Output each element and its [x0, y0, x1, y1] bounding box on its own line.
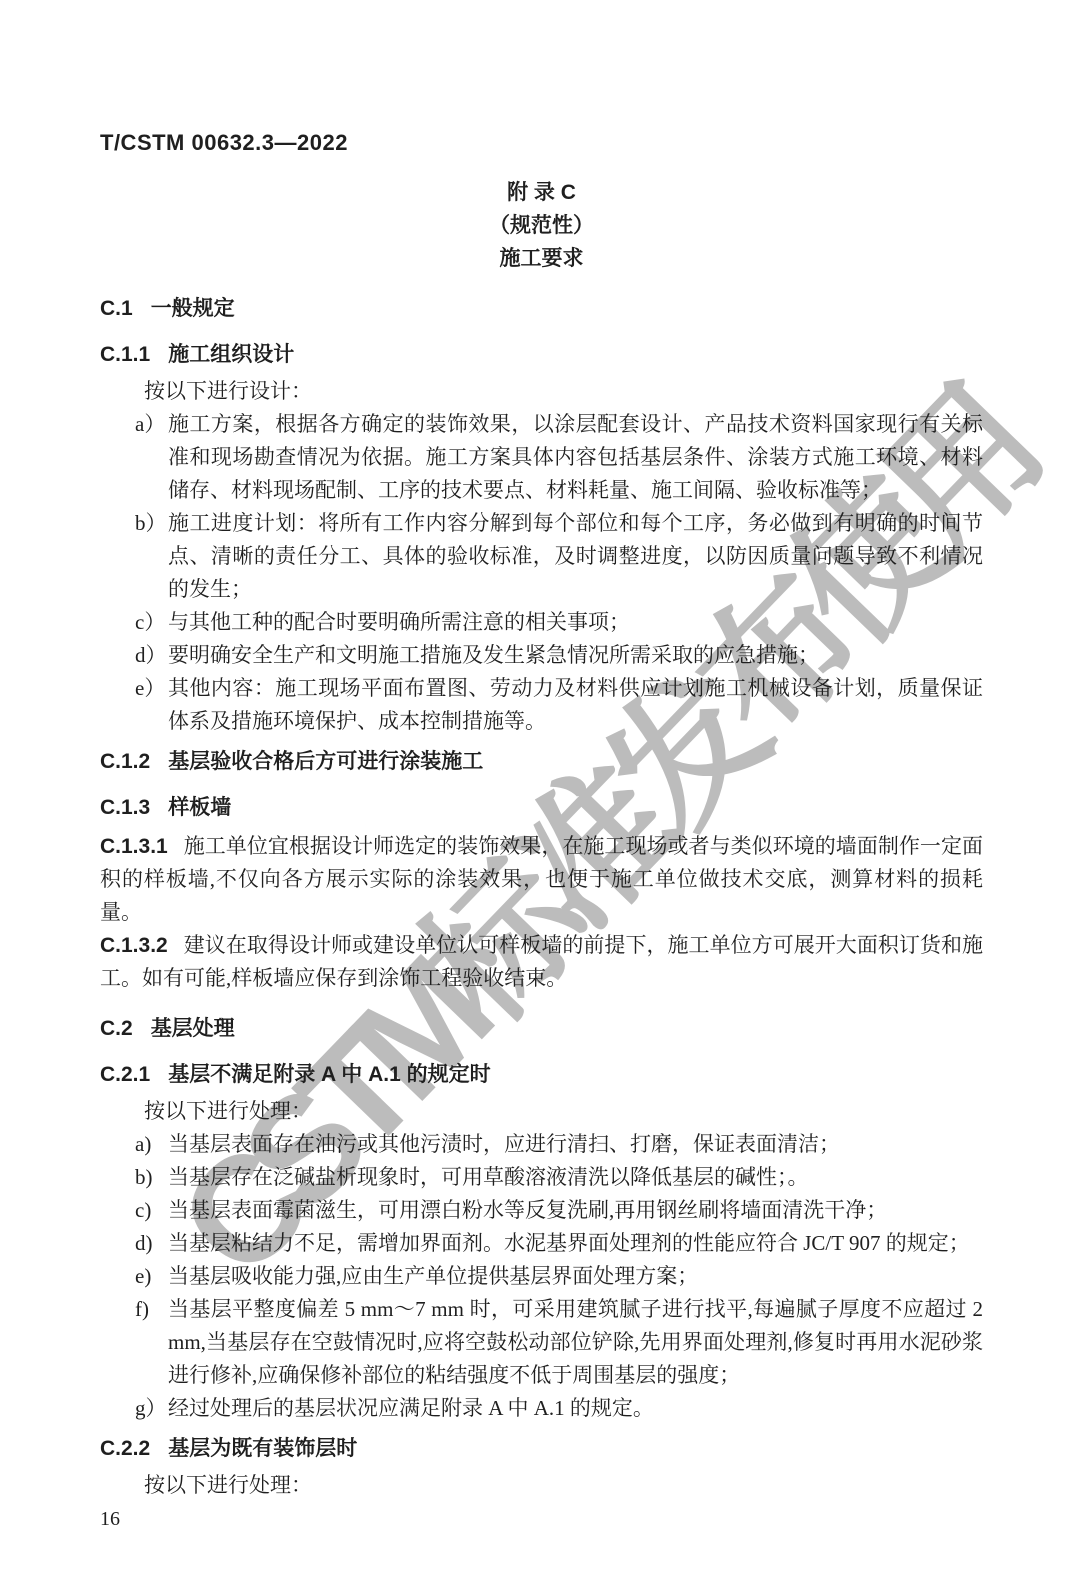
list-item-marker: d): [135, 1227, 153, 1260]
heading-c21-title: 基层不满足附录 A 中 A.1 的规定时: [168, 1063, 490, 1086]
list-item-text: 与其他工种的配合时要明确所需注意的相关事项；: [168, 610, 630, 634]
clause-c131-number: C.1.3.1: [100, 835, 168, 858]
list-item: a)当基层表面存在油污或其他污渍时，应进行清扫、打磨，保证表面清洁；: [100, 1128, 983, 1161]
list-item-text: 要明确安全生产和文明施工措施及发生紧急情况所需采取的应急措施；: [168, 643, 819, 667]
list-item-marker: a): [135, 1128, 151, 1161]
heading-c13-title: 样板墙: [168, 796, 231, 819]
list-item-text: 其他内容：施工现场平面布置图、劳动力及材料供应计划施工机械设备计划，质量保证体系…: [168, 676, 983, 733]
heading-c1-title: 一般规定: [151, 297, 235, 320]
list-item: b）施工进度计划：将所有工作内容分解到每个部位和每个工序，务必做到有明确的时间节…: [100, 507, 983, 606]
heading-c12-title: 基层验收合格后方可进行涂装施工: [168, 750, 483, 773]
appendix-title-block: 附 录 C （规范性） 施工要求: [100, 176, 983, 275]
appendix-normative: （规范性）: [100, 209, 983, 242]
list-item-marker: c）: [135, 606, 165, 639]
heading-c13: C.1.3样板墙: [100, 796, 983, 820]
standard-code: T/CSTM 00632.3—2022: [100, 0, 983, 156]
list-item-marker: b): [135, 1161, 153, 1194]
heading-c22-title: 基层为既有装饰层时: [168, 1437, 357, 1460]
list-item-text: 施工方案，根据各方确定的装饰效果，以涂层配套设计、产品技术资料国家现行有关标准和…: [168, 412, 983, 502]
list-item-marker: b）: [135, 507, 167, 540]
document-page: CSTM标准发布使用 T/CSTM 00632.3—2022 附 录 C （规范…: [0, 0, 1080, 1592]
heading-c2: C.2基层处理: [100, 1017, 983, 1041]
list-item: c)当基层表面霉菌滋生，可用漂白粉水等反复洗刷,再用钢丝刷将墙面清洗干净；: [100, 1194, 983, 1227]
heading-c11-title: 施工组织设计: [168, 343, 294, 366]
heading-c21: C.2.1基层不满足附录 A 中 A.1 的规定时: [100, 1063, 983, 1087]
list-item: e）其他内容：施工现场平面布置图、劳动力及材料供应计划施工机械设备计划，质量保证…: [100, 672, 983, 738]
c21-intro: 按以下进行处理：: [100, 1095, 983, 1128]
c11-list: a）施工方案，根据各方确定的装饰效果，以涂层配套设计、产品技术资料国家现行有关标…: [100, 408, 983, 738]
page-content: T/CSTM 00632.3—2022 附 录 C （规范性） 施工要求 C.1…: [0, 0, 1080, 1502]
list-item: d）要明确安全生产和文明施工措施及发生紧急情况所需采取的应急措施；: [100, 639, 983, 672]
list-item-text: 当基层表面存在油污或其他污渍时，应进行清扫、打磨，保证表面清洁；: [168, 1132, 840, 1156]
heading-c2-number: C.2: [100, 1017, 133, 1041]
heading-c22: C.2.2基层为既有装饰层时: [100, 1437, 983, 1461]
list-item-marker: e): [135, 1260, 151, 1293]
list-item-text: 当基层表面霉菌滋生，可用漂白粉水等反复洗刷,再用钢丝刷将墙面清洗干净；: [168, 1198, 887, 1222]
heading-c2-title: 基层处理: [151, 1017, 235, 1040]
clause-c132-number: C.1.3.2: [100, 934, 168, 957]
heading-c21-number: C.2.1: [100, 1063, 150, 1087]
list-item-marker: a）: [135, 408, 165, 441]
clause-c132: C.1.3.2建议在取得设计师或建设单位认可样板墙的前提下，施工单位方可展开大面…: [100, 929, 983, 995]
heading-c11-number: C.1.1: [100, 343, 150, 367]
list-item-marker: c): [135, 1194, 151, 1227]
list-item-text: 当基层平整度偏差 5 mm～7 mm 时，可采用建筑腻子进行找平,每遍腻子厚度不…: [168, 1297, 983, 1387]
c22-intro: 按以下进行处理：: [100, 1469, 983, 1502]
clause-c131: C.1.3.1施工单位宜根据设计师选定的装饰效果，在施工现场或者与类似环境的墙面…: [100, 830, 983, 929]
appendix-label: 附 录 C: [100, 176, 983, 209]
footer-page-number: 16: [100, 1508, 120, 1531]
list-item: d)当基层粘结力不足，需增加界面剂。水泥基界面处理剂的性能应符合 JC/T 90…: [100, 1227, 983, 1260]
c11-intro: 按以下进行设计：: [100, 375, 983, 408]
list-item-text: 经过处理后的基层状况应满足附录 A 中 A.1 的规定。: [168, 1396, 654, 1420]
list-item-marker: e）: [135, 672, 165, 705]
clause-c131-text: 施工单位宜根据设计师选定的装饰效果，在施工现场或者与类似环境的墙面制作一定面积的…: [100, 834, 983, 924]
heading-c12-number: C.1.2: [100, 750, 150, 774]
list-item-marker: g）: [135, 1392, 167, 1425]
list-item: c）与其他工种的配合时要明确所需注意的相关事项；: [100, 606, 983, 639]
heading-c1-number: C.1: [100, 297, 133, 321]
list-item-text: 当基层存在泛碱盐析现象时，可用草酸溶液清洗以降低基层的碱性；。: [168, 1165, 809, 1189]
clause-c132-text: 建议在取得设计师或建设单位认可样板墙的前提下，施工单位方可展开大面积订货和施工。…: [100, 933, 983, 990]
heading-c13-number: C.1.3: [100, 796, 150, 820]
c21-list: a)当基层表面存在油污或其他污渍时，应进行清扫、打磨，保证表面清洁； b)当基层…: [100, 1128, 983, 1425]
list-item: b)当基层存在泛碱盐析现象时，可用草酸溶液清洗以降低基层的碱性；。: [100, 1161, 983, 1194]
list-item: f)当基层平整度偏差 5 mm～7 mm 时，可采用建筑腻子进行找平,每遍腻子厚…: [100, 1293, 983, 1392]
list-item: g）经过处理后的基层状况应满足附录 A 中 A.1 的规定。: [100, 1392, 983, 1425]
list-item: e)当基层吸收能力强,应由生产单位提供基层界面处理方案；: [100, 1260, 983, 1293]
list-item-text: 当基层粘结力不足，需增加界面剂。水泥基界面处理剂的性能应符合 JC/T 907 …: [168, 1231, 970, 1255]
list-item-marker: d）: [135, 639, 167, 672]
list-item-text: 当基层吸收能力强,应由生产单位提供基层界面处理方案；: [168, 1264, 698, 1288]
appendix-title: 施工要求: [100, 242, 983, 275]
heading-c11: C.1.1施工组织设计: [100, 343, 983, 367]
list-item-text: 施工进度计划：将所有工作内容分解到每个部位和每个工序，务必做到有明确的时间节点、…: [168, 511, 983, 601]
heading-c22-number: C.2.2: [100, 1437, 150, 1461]
heading-c1: C.1一般规定: [100, 297, 983, 321]
list-item-marker: f): [135, 1293, 149, 1326]
heading-c12: C.1.2基层验收合格后方可进行涂装施工: [100, 750, 983, 774]
list-item: a）施工方案，根据各方确定的装饰效果，以涂层配套设计、产品技术资料国家现行有关标…: [100, 408, 983, 507]
